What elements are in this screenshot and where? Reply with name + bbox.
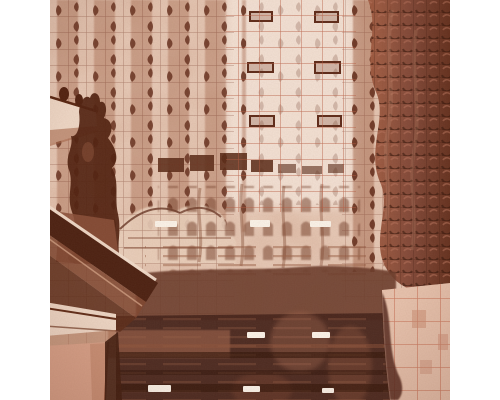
artwork-photo bbox=[50, 0, 450, 400]
right-margin bbox=[450, 0, 500, 400]
photo-frame bbox=[0, 0, 500, 400]
left-margin bbox=[0, 0, 50, 400]
vignette bbox=[50, 0, 450, 400]
